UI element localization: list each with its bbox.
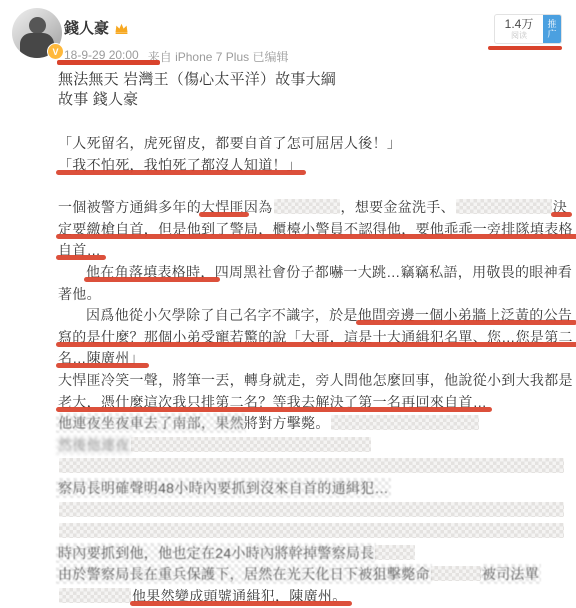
text-line: 名…陳廣州」 (58, 348, 572, 370)
text-line: 然後他連夜 (58, 435, 572, 457)
censor-mosaic-block (274, 199, 340, 214)
weibo-post: V 錢人豪 18-9-29 20:00 来自 iPhone 7 Plus 已编辑… (0, 0, 576, 608)
red-underlined-text: 他問旁邊一個小弟牆上泛黃的公告 (358, 307, 573, 323)
text-line: 察局長明確聲明48小時內要抓到沒來自首的通緝犯… (58, 478, 572, 500)
red-underlined-text: 定要繳槍自首，但是他到了警局，櫃檯小警員不認得他，要他乖乖一旁排隊填表格 (58, 221, 573, 237)
text-span: 大悍匪冷笑一聲，將筆一丟，轉身就走，旁人問他怎麼回事，他說從小到大我都是 (58, 372, 573, 388)
text-line: 他連夜坐夜車去了南部，果然將對方擊斃。 (58, 413, 572, 435)
censor-mosaic-block (456, 199, 552, 214)
annotation-underline-reads (488, 46, 562, 50)
post-title-line1: 無法無天 岩灣王（傷心太平洋）故事大綱 (58, 70, 572, 90)
red-underlined-text: 他果然變成頭號通緝犯，陳廣州。 (132, 588, 347, 604)
post-content: 無法無天 岩灣王（傷心太平洋）故事大綱 故事 錢人豪 「人死留名，虎死留皮，都要… (58, 70, 572, 607)
reads-counter[interactable]: 1.4万 阅读 推广 (494, 14, 562, 44)
body-lines: 一個被警方通緝多年的大悍匪因為，想要金盆洗手、決定要繳槍自首，但是他到了警局，櫃… (58, 197, 572, 607)
annotation-underline-timestamp (57, 60, 160, 65)
censor-mosaic-block (59, 458, 564, 473)
censor-mosaic-block (59, 502, 564, 517)
text-span: 四周黑社會份子都嚇一大跳…竊竊私語，用敬畏的眼神看 (215, 264, 573, 280)
red-underlined-text: 名…陳廣州」 (58, 350, 144, 366)
post-header: 錢人豪 18-9-29 20:00 来自 iPhone 7 Plus 已编辑 (64, 17, 288, 65)
text-span: 一個被警方通緝多年的 (58, 199, 201, 215)
censor-mosaic-block (431, 566, 481, 581)
vip-crown-icon (114, 22, 129, 34)
text-span: 著他。 (58, 286, 101, 302)
red-underlined-text: 決 (553, 199, 567, 215)
text-span: 因爲他從小欠學除了自己名字不識字，於是 (86, 307, 358, 323)
promo-badge[interactable]: 推广 (543, 15, 561, 43)
censored-text: 他連夜坐夜車去了南部，果然 (58, 415, 244, 431)
text-line (58, 521, 572, 543)
red-underlined-text: 老大，憑什麼這次我只排第二名？等我去解決了第一名再回來自首… (58, 394, 487, 410)
text-line: 因爲他從小欠學除了自己名字不識字，於是他問旁邊一個小弟牆上泛黃的公告 (58, 305, 572, 327)
censored-text: 時內要抓到他，他也定在24小時內將幹掉警察局長 (58, 545, 374, 561)
text-line: 定要繳槍自首，但是他到了警局，櫃檯小警員不認得他，要他乖乖一旁排隊填表格 (58, 219, 572, 241)
text-line (58, 456, 572, 478)
reads-count: 1.4万 (505, 18, 534, 31)
post-source: 来自 iPhone 7 Plus 已编辑 (148, 48, 289, 65)
red-underlined-text: 大悍匪 (201, 199, 244, 215)
text-line: 由於警察局長在重兵保護下，居然在光天化日下被狙擊斃命被司法單 (58, 564, 572, 586)
text-line: 寫的是什麼？那個小弟受寵若驚的說「大哥，這是十大通緝犯名單、您…您是第二 (58, 327, 572, 349)
censor-mosaic-block (375, 545, 415, 560)
censored-text: 被司法單 (482, 566, 539, 582)
text-line: 一個被警方通緝多年的大悍匪因為，想要金盆洗手、決 (58, 197, 572, 219)
censored-text: 由於警察局長在重兵保護下，居然在光天化日下被狙擊斃命 (58, 566, 430, 582)
red-underlined-text: 自首… (58, 242, 101, 258)
text-line: 自首… (58, 240, 572, 262)
text-span: 將對方擊斃。 (244, 415, 330, 431)
text-line: 老大，憑什麼這次我只排第二名？等我去解決了第一名再回來自首… (58, 392, 572, 414)
censor-mosaic-block (131, 437, 371, 452)
censored-text: 察局長明確聲明48小時內要抓到沒來自首的通緝犯… (58, 480, 389, 496)
text-line: 大悍匪冷笑一聲，將筆一丟，轉身就走，旁人問他怎麼回事，他說從小到大我都是 (58, 370, 572, 392)
text-line: 著他。 (58, 284, 572, 306)
username[interactable]: 錢人豪 (64, 17, 109, 38)
censor-mosaic-block (59, 523, 564, 538)
censored-text: 然後他連夜 (58, 437, 130, 453)
red-underlined-text: 他在角落填表格時， (86, 264, 215, 280)
censor-mosaic-block (59, 588, 131, 603)
censor-mosaic-block (331, 415, 479, 430)
text-line: 時內要抓到他，他也定在24小時內將幹掉警察局長 (58, 543, 572, 565)
text-line: 他在角落填表格時，四周黑社會份子都嚇一大跳…竊竊私語，用敬畏的眼神看 (58, 262, 572, 284)
red-underlined-text: 寫的是什麼？那個小弟受寵若驚的說「大哥，這是十大通緝犯名單、您…您是第二 (58, 329, 573, 345)
text-line (58, 500, 572, 522)
reads-label: 阅读 (511, 31, 527, 40)
quote-line1: 「人死留名，虎死留皮，都要自首了怎可屈居人後！」 (58, 133, 572, 155)
post-title-line2: 故事 錢人豪 (58, 90, 572, 110)
text-line: 他果然變成頭號通緝犯，陳廣州。 (58, 586, 572, 608)
user-avatar[interactable]: V (12, 8, 62, 58)
verified-badge-icon: V (47, 43, 64, 60)
quote-line2-underlined: 「我不怕死，我怕死了都沒人知道！」 (58, 157, 301, 173)
text-span: ，想要金盆洗手、 (341, 199, 455, 215)
